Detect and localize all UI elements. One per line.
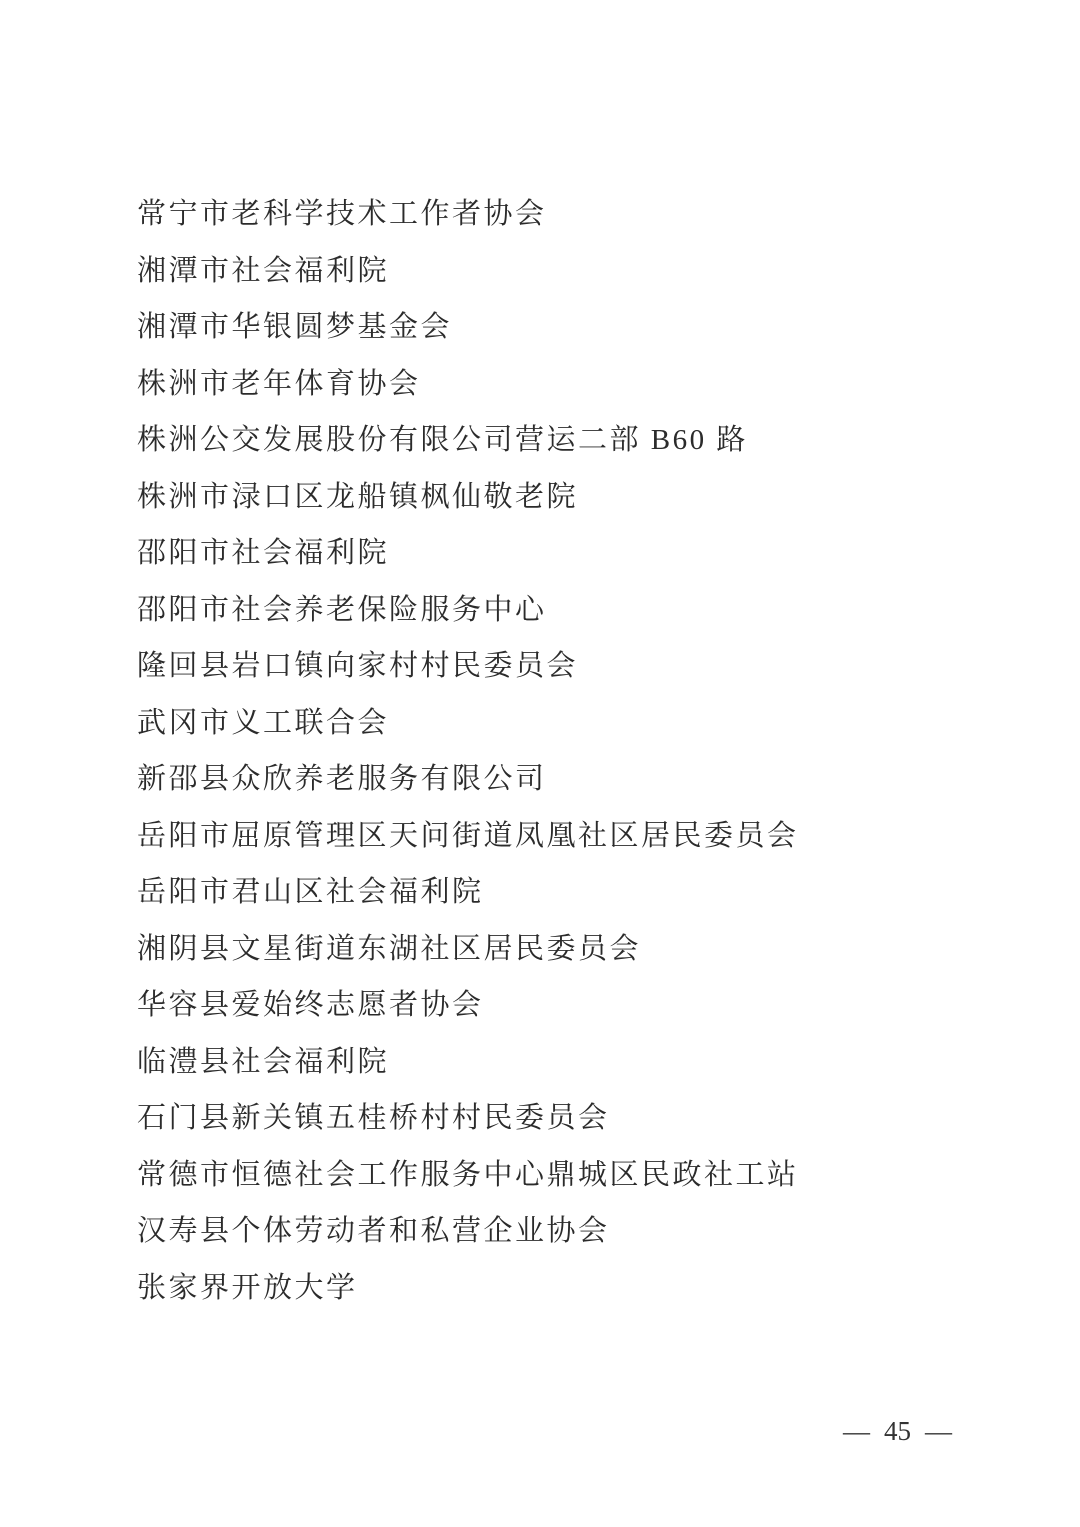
org-list-item: 湘阴县文星街道东湖社区居民委员会	[137, 921, 1020, 978]
org-list-item: 株洲公交发展股份有限公司营运二部 B60 路	[137, 412, 1020, 469]
page-footer: — 45 —	[843, 1416, 952, 1447]
org-list-item: 汉寿县个体劳动者和私营企业协会	[137, 1203, 1020, 1260]
footer-dash-right: —	[925, 1416, 952, 1447]
org-list-item: 隆回县岩口镇向家村村民委员会	[137, 638, 1020, 695]
org-list-item: 临澧县社会福利院	[137, 1034, 1020, 1091]
org-list-item: 岳阳市君山区社会福利院	[137, 864, 1020, 921]
org-list-item: 邵阳市社会养老保险服务中心	[137, 582, 1020, 639]
document-page: 常宁市老科学技术工作者协会湘潭市社会福利院湘潭市华银圆梦基金会株洲市老年体育协会…	[0, 0, 1080, 1527]
org-list-item: 株洲市老年体育协会	[137, 356, 1020, 413]
org-list: 常宁市老科学技术工作者协会湘潭市社会福利院湘潭市华银圆梦基金会株洲市老年体育协会…	[137, 186, 1020, 1316]
org-list-item: 石门县新关镇五桂桥村村民委员会	[137, 1090, 1020, 1147]
org-list-item: 常宁市老科学技术工作者协会	[137, 186, 1020, 243]
org-list-item: 张家界开放大学	[137, 1260, 1020, 1317]
org-list-item: 湘潭市社会福利院	[137, 243, 1020, 300]
org-list-item: 株洲市渌口区龙船镇枫仙敬老院	[137, 469, 1020, 526]
footer-dash-left: —	[843, 1416, 870, 1447]
page-number: 45	[884, 1416, 911, 1447]
org-list-item: 华容县爱始终志愿者协会	[137, 977, 1020, 1034]
org-list-item: 武冈市义工联合会	[137, 695, 1020, 752]
org-list-item: 新邵县众欣养老服务有限公司	[137, 751, 1020, 808]
org-list-item: 岳阳市屈原管理区天问街道凤凰社区居民委员会	[137, 808, 1020, 865]
org-list-item: 常德市恒德社会工作服务中心鼎城区民政社工站	[137, 1147, 1020, 1204]
org-list-item: 湘潭市华银圆梦基金会	[137, 299, 1020, 356]
org-list-item: 邵阳市社会福利院	[137, 525, 1020, 582]
